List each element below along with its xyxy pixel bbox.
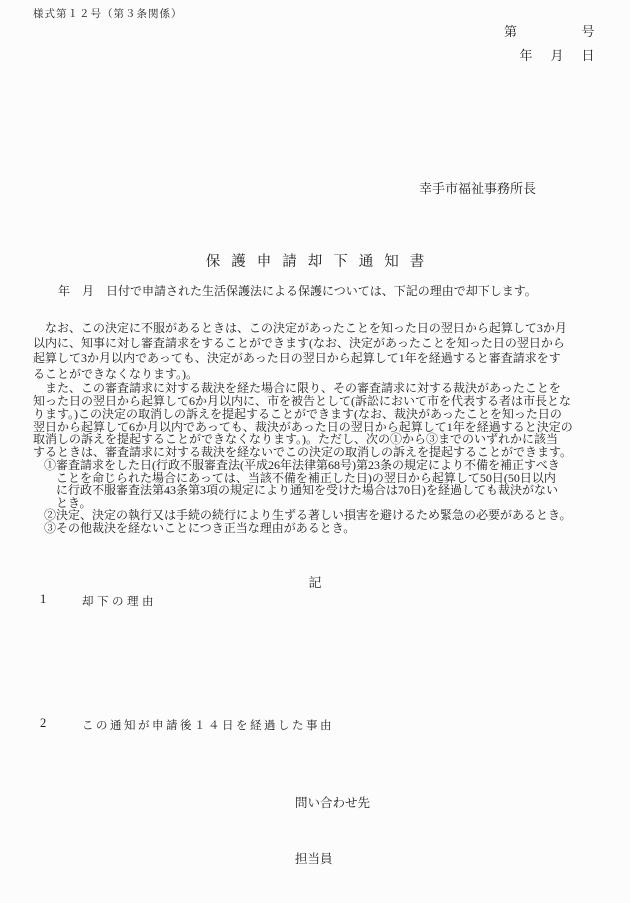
rejection-reason-number: 1 (40, 592, 46, 607)
document-date-line: 年 月 日 (504, 44, 597, 68)
lead-sentence: 年 月 日付で申請された生活保護法による保護については、下記の理由で却下します。 (58, 282, 537, 299)
document-title: 保護申請却下通知書 (0, 250, 630, 271)
appeal-instructions: なお、この決定に不服があるときは、この決定があったことを知った日の翌日から起算し… (33, 321, 613, 534)
record-marker: 記 (0, 572, 630, 591)
exception-item-3: ③その他裁決を経ないことにつき正当な理由があるとき。 (44, 522, 613, 535)
document-number-line: 第 号 (504, 20, 597, 44)
staff-label: 担当員 (295, 849, 333, 867)
document-page: 様式第１２号（第３条関係） 第 号 年 月 日 幸手市福祉事務所長 保護申請却下… (0, 0, 630, 903)
exception-item-1: ①審査請求をした日(行政不服審査法(平成26年法律第68号)第23条の規定により… (44, 459, 613, 509)
contact-label: 問い合わせ先 (295, 793, 370, 811)
sender-name: 幸手市福祉事務所長 (419, 178, 536, 197)
appeal-paragraph-2: また、この審査請求に対する裁決を経た場合に限り、その審査請求に対する裁決があった… (33, 382, 613, 459)
document-number-block: 第 号 年 月 日 (504, 20, 597, 68)
delay-cause-number: 2 (40, 716, 46, 731)
delay-cause-label: この通知が申請後１４日を経過した事由 (82, 717, 334, 733)
appeal-paragraph-1: なお、この決定に不服があるときは、この決定があったことを知った日の翌日から起算し… (33, 321, 613, 382)
rejection-reason-label: 却下の理由 (82, 593, 157, 609)
exception-list: ①審査請求をした日(行政不服審査法(平成26年法律第68号)第23条の規定により… (33, 459, 613, 534)
form-number: 様式第１２号（第３条関係） (33, 6, 183, 21)
exception-item-2: ②決定、決定の執行又は手続の続行により生ずる著しい損害を避けるため緊急の必要があ… (44, 509, 613, 522)
